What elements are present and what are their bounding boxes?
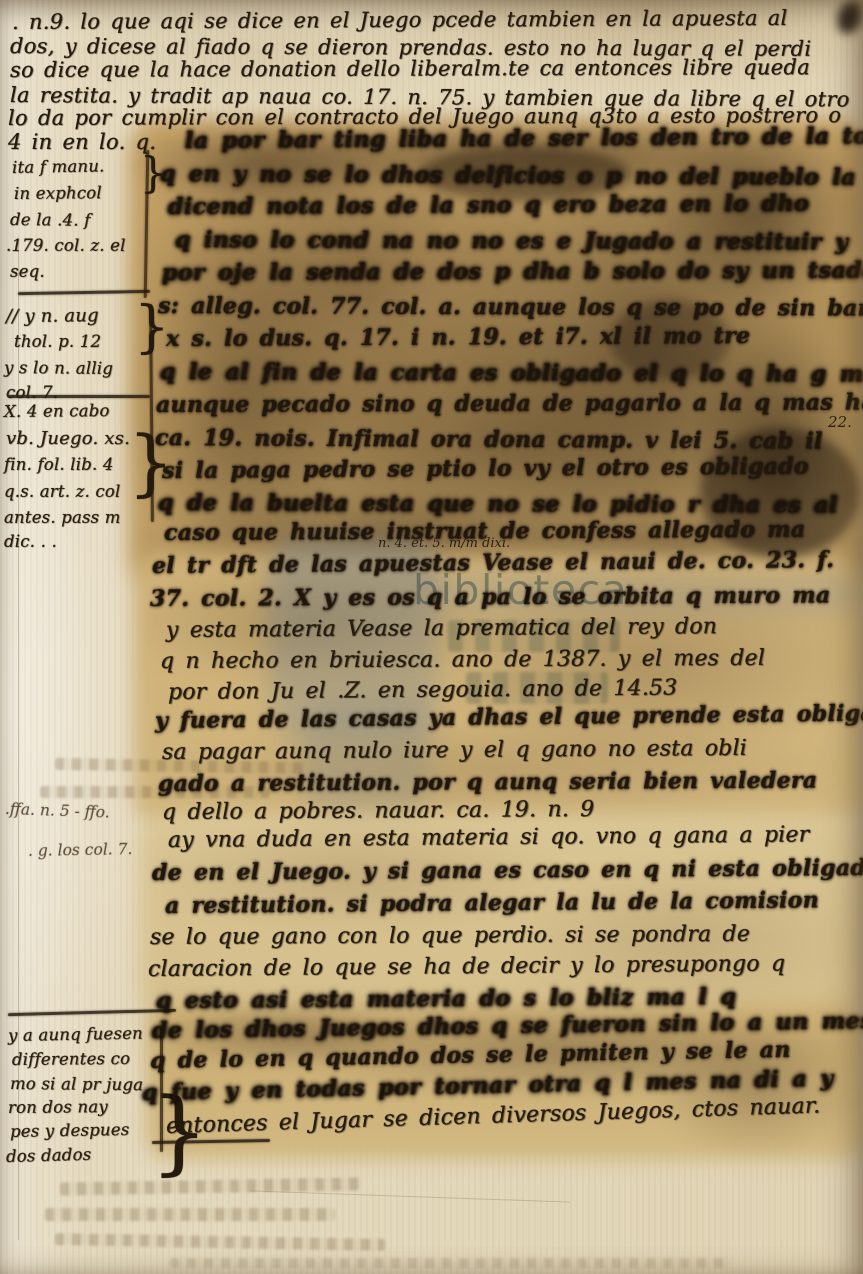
main-text-line: q le al fin de la carta es obligado el q… bbox=[160, 359, 863, 388]
main-text-line: la por bar ting liba ha de ser los den t… bbox=[185, 123, 863, 154]
margin-note: dic. . . bbox=[4, 532, 57, 551]
margin-rule bbox=[18, 290, 150, 295]
main-text-line: por oje la senda de dos p dha b solo do … bbox=[162, 258, 863, 286]
main-text-line: se lo que gano con lo que perdio. si se … bbox=[150, 922, 750, 950]
main-text-line: aunque pecado sino q deuda de pagarlo a … bbox=[156, 389, 863, 418]
main-text-line: claracion de lo que se ha de decir y lo … bbox=[148, 951, 785, 982]
margin-note: mo si al pr juga bbox=[10, 1074, 143, 1094]
manuscript-page: } } } } . n.9. lo que aqi se dice en el … bbox=[0, 0, 863, 1274]
main-text-line: ay vna duda en esta materia si qo. vno q… bbox=[168, 822, 810, 853]
interlinear-note: n. 4. et. 5. m/m dixi. bbox=[378, 536, 510, 551]
ghost-showthrough bbox=[170, 1258, 730, 1268]
margin-note: .ffa. n. 5 - ffo. bbox=[5, 800, 110, 822]
main-text-line: . n.9. lo que aqi se dice en el Juego pc… bbox=[12, 6, 788, 34]
main-text-line: 4 in en lo. q. bbox=[8, 130, 156, 154]
main-text-line: q dello a pobres. nauar. ca. 19. n. 9 bbox=[162, 797, 595, 825]
main-text-line: por don Ju el .Z. en segouia. ano de 14.… bbox=[168, 676, 678, 705]
margin-note: pes y despues bbox=[10, 1120, 130, 1141]
main-text-line: x s. lo dus. q. 17. i n. 19. et i7. xl i… bbox=[166, 323, 750, 352]
main-text-line: s: alleg. col. 77. col. a. aunque los q … bbox=[158, 293, 863, 322]
margin-note: thol. p. 12 bbox=[14, 332, 101, 351]
margin-rule bbox=[8, 1009, 176, 1016]
margin-note: vb. Juego. xs. bbox=[6, 428, 130, 449]
margin-divider-line bbox=[144, 150, 149, 298]
margin-note: de la .4. f bbox=[10, 210, 91, 230]
margin-note: differentes co bbox=[12, 1049, 130, 1069]
margin-note: X. 4 en cabo bbox=[4, 401, 110, 421]
main-text-line: y fuera de las casas ya dhas el que pren… bbox=[155, 700, 863, 734]
margin-note: ita f manu. bbox=[12, 156, 105, 177]
main-text-line: q n hecho en briuiesca. ano de 1387. y e… bbox=[160, 646, 765, 674]
margin-note: .179. col. z. el bbox=[6, 236, 126, 255]
margin-note: . g. los col. 7. bbox=[28, 840, 133, 860]
main-text-line: so dice que la hace donation dello liber… bbox=[10, 55, 810, 82]
main-text-line: 37. col. 2. X y es os q a pa lo se orbit… bbox=[150, 582, 831, 612]
main-text-line: ca. 19. nois. Infimal ora dona camp. v l… bbox=[155, 425, 823, 454]
fold-crease bbox=[250, 1190, 570, 1202]
main-text-line: y esta materia Vease la prematica del re… bbox=[166, 614, 717, 643]
underline-rule bbox=[152, 1139, 270, 1144]
margin-note: dos dados bbox=[6, 1145, 92, 1166]
main-text-line: q en y no se lo dhos delficios o p no de… bbox=[160, 161, 863, 191]
margin-note: col. 7. bbox=[6, 383, 58, 402]
main-text-line: sa pagar aunq nulo iure y el q gano no e… bbox=[162, 736, 747, 765]
main-text-line: gado a restitution. por q aunq seria bie… bbox=[158, 768, 817, 797]
main-text-line: q inso lo cond na no no es e Jugado a re… bbox=[175, 227, 848, 255]
margin-note: seq. bbox=[10, 262, 45, 281]
ghost-showthrough bbox=[45, 1208, 335, 1221]
margin-note: in exphcol bbox=[14, 183, 102, 203]
main-text-line: de en el Juego. y si gana es caso en q n… bbox=[152, 855, 863, 886]
margin-note: // y n. aug bbox=[6, 305, 99, 327]
main-text-line: q de la buelta esta que no se lo pidio r… bbox=[158, 490, 838, 518]
side-number: 22. bbox=[828, 413, 852, 431]
margin-note: fin. fol. lib. 4 bbox=[4, 455, 114, 474]
main-text-line: el tr dft de las apuestas Vease el naui … bbox=[152, 547, 834, 579]
main-text-line: q esto asi esta materia do s lo bliz ma … bbox=[156, 984, 737, 1014]
margin-note: y a aunq fuesen bbox=[8, 1024, 143, 1045]
margin-divider-line bbox=[149, 304, 153, 522]
main-text-line: dicend nota los de la sno q ero beza en … bbox=[168, 191, 809, 220]
main-text-line: si la paga pedro se ptio lo vy el otro e… bbox=[162, 453, 809, 484]
ghost-showthrough bbox=[60, 1177, 360, 1195]
margin-note: ron dos nay bbox=[8, 1097, 108, 1117]
margin-note: q.s. art. z. col bbox=[4, 482, 120, 501]
ghost-showthrough bbox=[55, 1233, 385, 1251]
ink-blot bbox=[833, 0, 863, 37]
main-text-line: a restitution. si podra alegar la lu de … bbox=[165, 887, 819, 919]
margin-note: antes. pass m bbox=[4, 508, 121, 527]
margin-note: y s lo n. allig bbox=[4, 358, 113, 378]
